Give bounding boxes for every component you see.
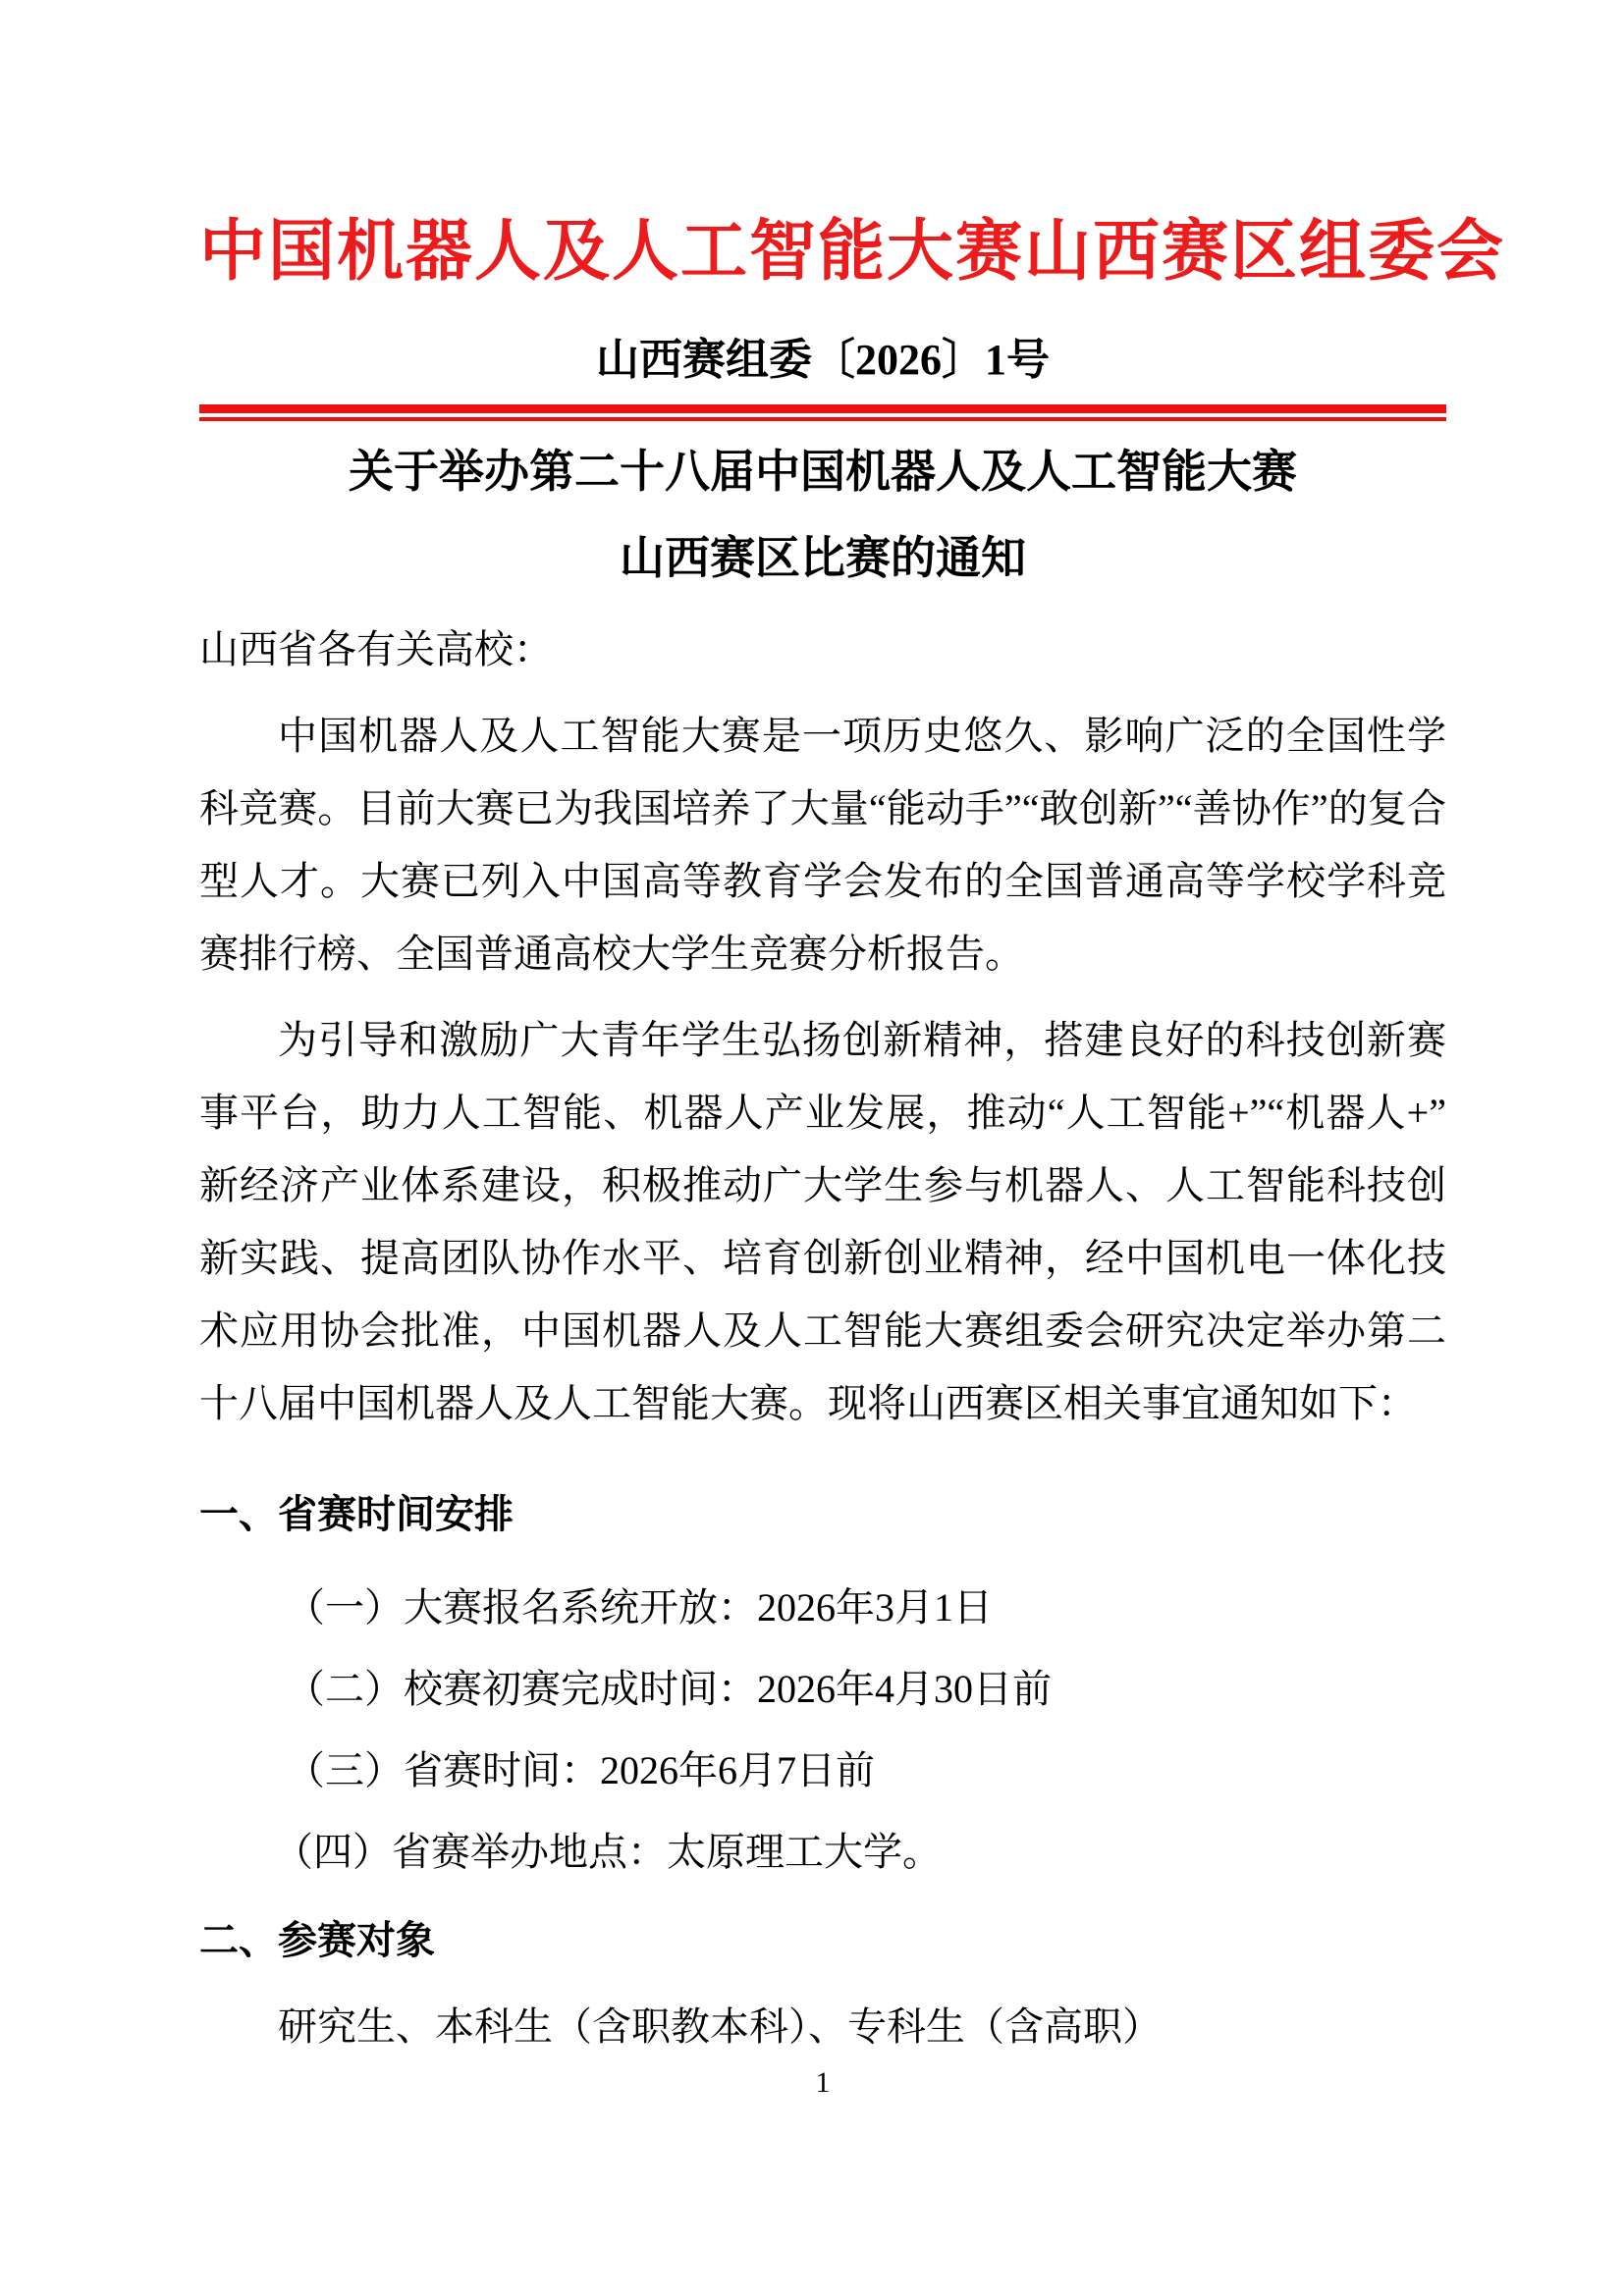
notice-title-line1: 关于举办第二十八届中国机器人及人工智能大赛 xyxy=(199,429,1446,515)
paragraph-1: 中国机器人及人工智能大赛是一项历史悠久、影响广泛的全国性学科竞赛。目前大赛已为我… xyxy=(199,700,1446,990)
red-divider xyxy=(199,404,1446,421)
section-heading-1: 一、省赛时间安排 xyxy=(199,1478,1446,1551)
page-number: 1 xyxy=(199,2063,1446,2103)
doc-number: 山西赛组委〔2026〕1号 xyxy=(199,331,1446,390)
list-item-1: （一）大赛报名系统开放：2026年3月1日 xyxy=(286,1572,1446,1644)
red-divider-thick-bar xyxy=(199,404,1446,413)
document-page: 中国机器人及人工智能大赛山西赛区组委会 山西赛组委〔2026〕1号 关于举办第二… xyxy=(0,0,1624,2296)
list-item-2: （二）校赛初赛完成时间：2026年4月30日前 xyxy=(286,1653,1446,1726)
red-divider-thin-bar xyxy=(199,417,1446,421)
org-title: 中国机器人及人工智能大赛山西赛区组委会 xyxy=(199,211,1446,292)
notice-title: 关于举办第二十八届中国机器人及人工智能大赛 山西赛区比赛的通知 xyxy=(199,429,1446,602)
paragraph-2: 为引导和激励广大青年学生弘扬创新精神，搭建良好的科技创新赛事平台，助力人工智能、… xyxy=(199,1004,1446,1440)
section-heading-2: 二、参赛对象 xyxy=(199,1904,1446,1977)
list-item-3: （三）省赛时间：2026年6月7日前 xyxy=(286,1735,1446,1807)
notice-title-line2: 山西赛区比赛的通知 xyxy=(199,515,1446,602)
section-2-body: 研究生、本科生（含职教本科）、专科生（含高职） xyxy=(199,1991,1446,2063)
salutation: 山西省各有关高校： xyxy=(199,614,1446,686)
list-item-4: （四）省赛举办地点：太原理工大学。 xyxy=(274,1816,1446,1889)
